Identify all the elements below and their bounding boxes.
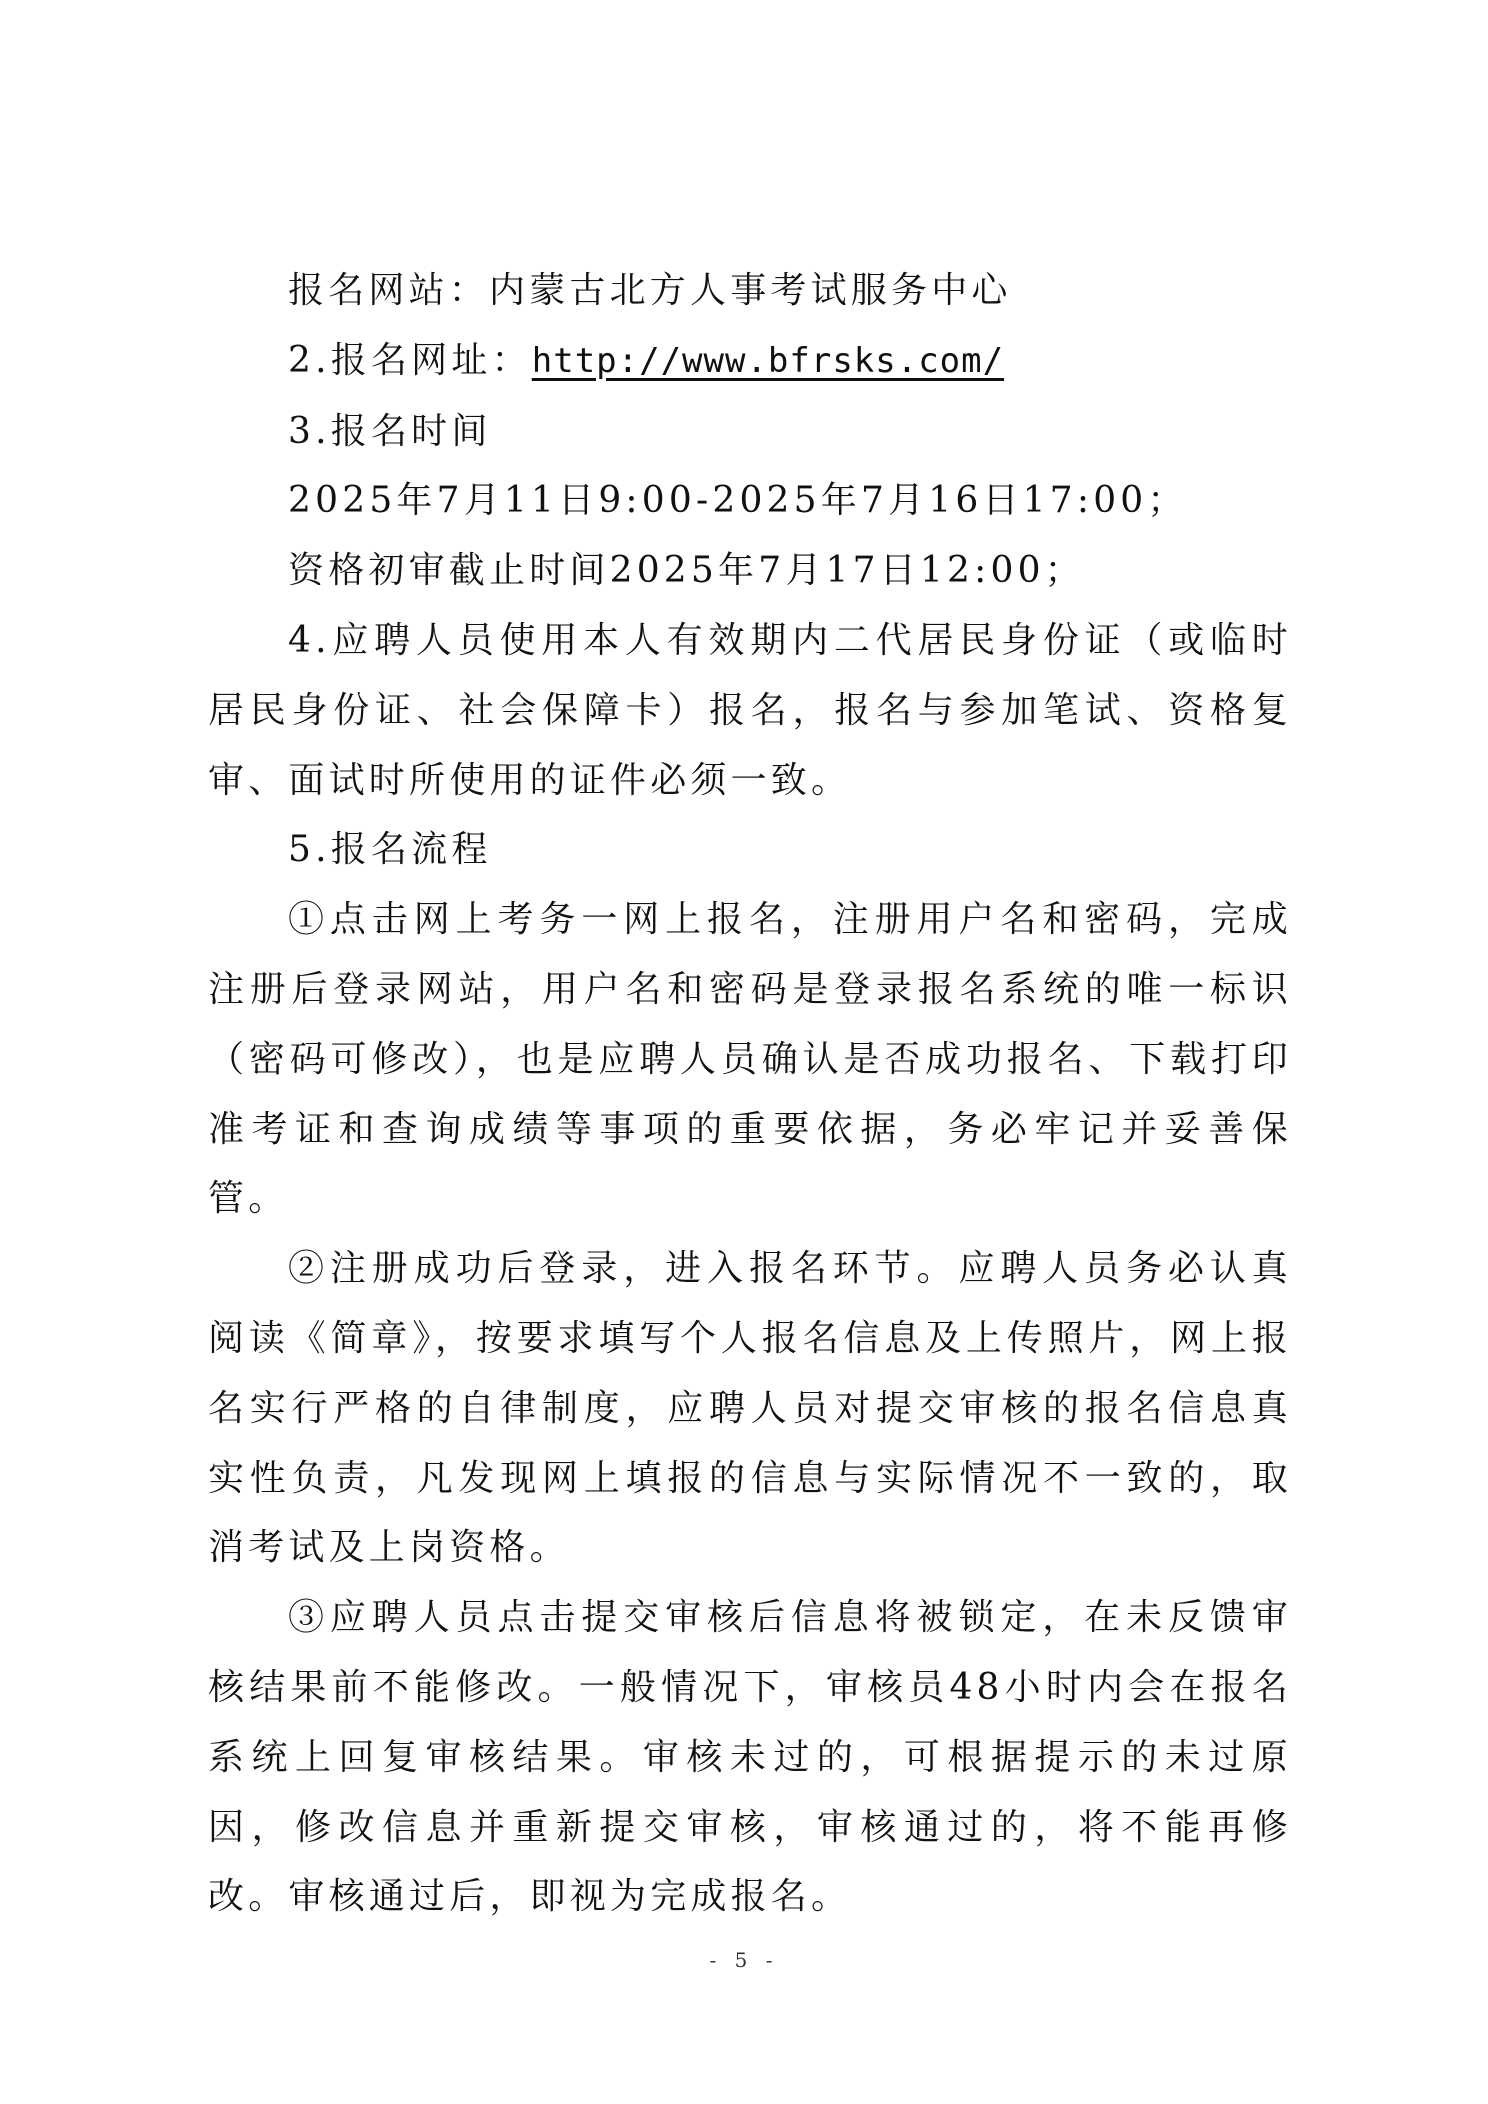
process-step-2: ②注册成功后登录，进入报名环节。应聘人员务必认真阅读《简章》，按要求填写个人报名…: [208, 1234, 1292, 1583]
registration-url-line: 2.报名网址：http://www.bfrsks.com/: [208, 326, 1292, 397]
registration-process-heading: 5.报名流程: [208, 815, 1292, 885]
process-step-3: ③应聘人员点击提交审核后信息将被锁定，在未反馈审核结果前不能修改。一般情况下，审…: [208, 1583, 1292, 1932]
page-number: - 5 -: [0, 1948, 1488, 1972]
id-requirement-paragraph: 4.应聘人员使用本人有效期内二代居民身份证（或临时居民身份证、社会保障卡）报名，…: [208, 606, 1292, 815]
registration-url-link[interactable]: http://www.bfrsks.com/: [532, 341, 1004, 381]
registration-site-line: 报名网站：内蒙古北方人事考试服务中心: [208, 256, 1292, 326]
document-body: 报名网站：内蒙古北方人事考试服务中心 2.报名网址：http://www.bfr…: [208, 256, 1292, 1932]
document-page: 报名网站：内蒙古北方人事考试服务中心 2.报名网址：http://www.bfr…: [0, 0, 1488, 2104]
registration-time-range: 2025年7月11日9:00-2025年7月16日17:00；: [208, 466, 1292, 536]
process-step-1: ①点击网上考务一网上报名，注册用户名和密码，完成注册后登录网站，用户名和密码是登…: [208, 885, 1292, 1234]
registration-time-heading: 3.报名时间: [208, 397, 1292, 467]
review-deadline-line: 资格初审截止时间2025年7月17日12:00；: [208, 536, 1292, 606]
registration-url-label: 2.报名网址：: [288, 340, 532, 381]
